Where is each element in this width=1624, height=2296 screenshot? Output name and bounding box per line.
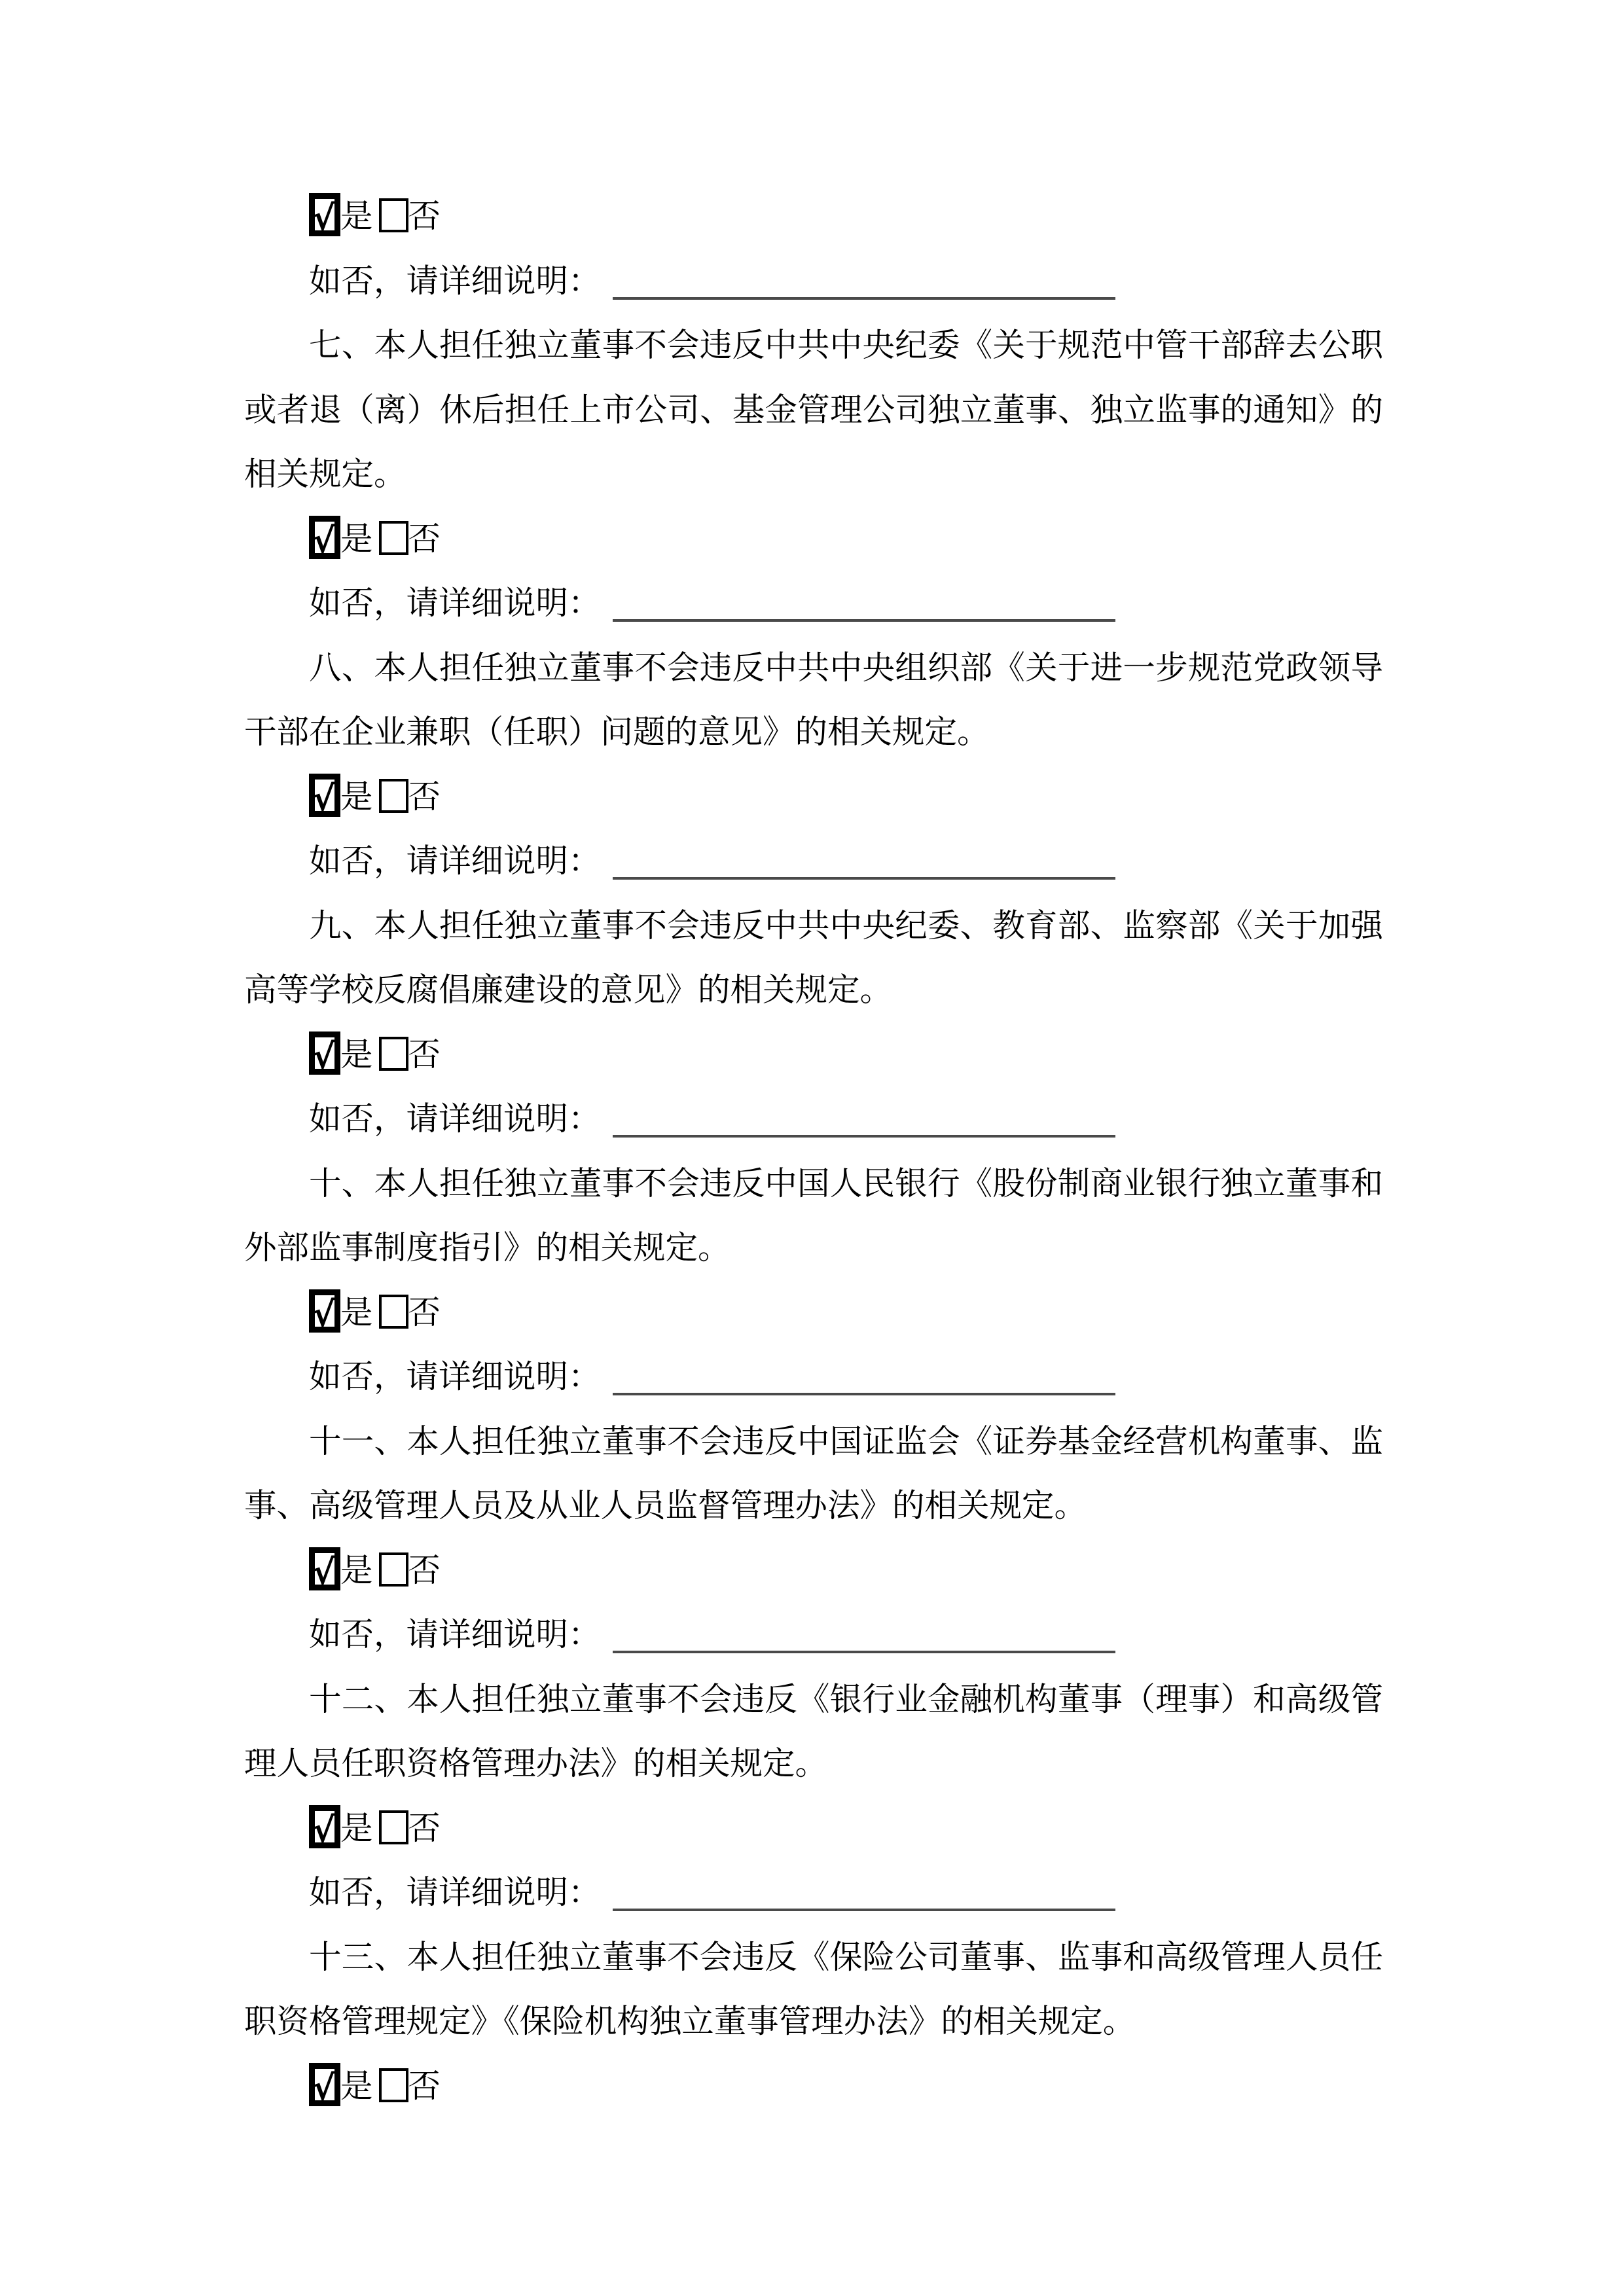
yes-label: 是: [340, 1552, 373, 1588]
no-label: 否: [408, 1552, 441, 1588]
answer-9-explain: 如否，请详细说明：: [244, 1087, 1383, 1152]
check-mark-icon: √: [312, 2072, 335, 2106]
answer-13-yesno: √是否: [244, 2054, 1383, 2119]
answer-7-yesno: √是否: [244, 507, 1383, 572]
check-mark-icon: √: [312, 202, 335, 236]
check-mark-icon: √: [312, 1040, 335, 1074]
answer-8-explain: 如否，请详细说明：: [244, 829, 1383, 894]
yes-label: 是: [340, 1295, 373, 1331]
explain-blank-field[interactable]: [613, 1386, 1115, 1395]
explain-prompt: 如否，请详细说明：: [309, 1101, 601, 1137]
answer-carryover-yesno: √是否: [244, 185, 1383, 249]
checkbox-no-unchecked[interactable]: [379, 1295, 408, 1329]
checkbox-no-unchecked[interactable]: [379, 1037, 408, 1071]
checkbox-yes-checked[interactable]: √: [309, 774, 340, 817]
check-mark-icon: √: [312, 782, 335, 816]
answer-12-yesno: √是否: [244, 1797, 1383, 1861]
item-paragraph-12: 十二、本人担任独立董事不会违反《银行业金融机构董事（理事）和高级管理人员任职资格…: [244, 1668, 1383, 1797]
item-paragraph-10: 十、本人担任独立董事不会违反中国人民银行《股份制商业银行独立董事和外部监事制度指…: [244, 1152, 1383, 1281]
checkbox-no-unchecked[interactable]: [379, 2068, 408, 2102]
no-label: 否: [408, 521, 441, 557]
explain-prompt: 如否，请详细说明：: [309, 585, 601, 621]
explain-prompt: 如否，请详细说明：: [309, 263, 601, 299]
checkbox-yes-checked[interactable]: √: [309, 516, 340, 559]
answer-11-yesno: √是否: [244, 1539, 1383, 1604]
answer-12-explain: 如否，请详细说明：: [244, 1861, 1383, 1926]
item-paragraph-7: 七、本人担任独立董事不会违反中共中央纪委《关于规范中管干部辞去公职或者退（离）休…: [244, 314, 1383, 507]
item-paragraph-11: 十一、本人担任独立董事不会违反中国证监会《证券基金经营机构董事、监事、高级管理人…: [244, 1410, 1383, 1539]
check-mark-icon: √: [312, 1298, 335, 1332]
check-mark-icon: √: [312, 1814, 335, 1848]
explain-blank-field[interactable]: [613, 1902, 1115, 1911]
yes-label: 是: [340, 1810, 373, 1846]
checkbox-no-unchecked[interactable]: [379, 198, 408, 232]
yes-label: 是: [340, 2068, 373, 2104]
answer-7-explain: 如否，请详细说明：: [244, 571, 1383, 636]
document-page: √是否 如否，请详细说明： 七、本人担任独立董事不会违反中共中央纪委《关于规范中…: [0, 0, 1624, 2296]
explain-prompt: 如否，请详细说明：: [309, 1617, 601, 1653]
checkbox-no-unchecked[interactable]: [379, 1810, 408, 1844]
answer-10-explain: 如否，请详细说明：: [244, 1345, 1383, 1410]
explain-blank-field[interactable]: [613, 870, 1115, 880]
checkbox-yes-checked[interactable]: √: [309, 1031, 340, 1075]
answer-carryover-explain: 如否，请详细说明：: [244, 249, 1383, 314]
answer-9-yesno: √是否: [244, 1023, 1383, 1088]
checkbox-no-unchecked[interactable]: [379, 521, 408, 555]
yes-label: 是: [340, 779, 373, 815]
answer-10-yesno: √是否: [244, 1281, 1383, 1346]
item-paragraph-13: 十三、本人担任独立董事不会违反《保险公司董事、监事和高级管理人员任职资格管理规定…: [244, 1926, 1383, 2054]
no-label: 否: [408, 1295, 441, 1331]
checkbox-no-unchecked[interactable]: [379, 779, 408, 813]
explain-prompt: 如否，请详细说明：: [309, 1874, 601, 1910]
no-label: 否: [408, 1037, 441, 1073]
explain-blank-field[interactable]: [613, 1128, 1115, 1138]
explain-prompt: 如否，请详细说明：: [309, 843, 601, 879]
no-label: 否: [408, 198, 441, 234]
document-body: √是否 如否，请详细说明： 七、本人担任独立董事不会违反中共中央纪委《关于规范中…: [244, 185, 1383, 2119]
explain-blank-field[interactable]: [613, 291, 1115, 300]
item-paragraph-8: 八、本人担任独立董事不会违反中共中央组织部《关于进一步规范党政领导干部在企业兼职…: [244, 636, 1383, 765]
checkbox-yes-checked[interactable]: √: [309, 1289, 340, 1333]
checkbox-yes-checked[interactable]: √: [309, 2063, 340, 2106]
no-label: 否: [408, 1810, 441, 1846]
yes-label: 是: [340, 1037, 373, 1073]
item-paragraph-9: 九、本人担任独立董事不会违反中共中央纪委、教育部、监察部《关于加强高等学校反腐倡…: [244, 894, 1383, 1023]
yes-label: 是: [340, 198, 373, 234]
checkbox-yes-checked[interactable]: √: [309, 1805, 340, 1848]
yes-label: 是: [340, 521, 373, 557]
no-label: 否: [408, 2068, 441, 2104]
answer-11-explain: 如否，请详细说明：: [244, 1603, 1383, 1668]
checkbox-yes-checked[interactable]: √: [309, 1547, 340, 1590]
no-label: 否: [408, 779, 441, 815]
explain-blank-field[interactable]: [613, 613, 1115, 622]
check-mark-icon: √: [312, 1556, 335, 1590]
checkbox-yes-checked[interactable]: √: [309, 193, 340, 236]
answer-8-yesno: √是否: [244, 765, 1383, 830]
explain-prompt: 如否，请详细说明：: [309, 1359, 601, 1395]
checkbox-no-unchecked[interactable]: [379, 1552, 408, 1587]
check-mark-icon: √: [312, 524, 335, 558]
explain-blank-field[interactable]: [613, 1644, 1115, 1653]
